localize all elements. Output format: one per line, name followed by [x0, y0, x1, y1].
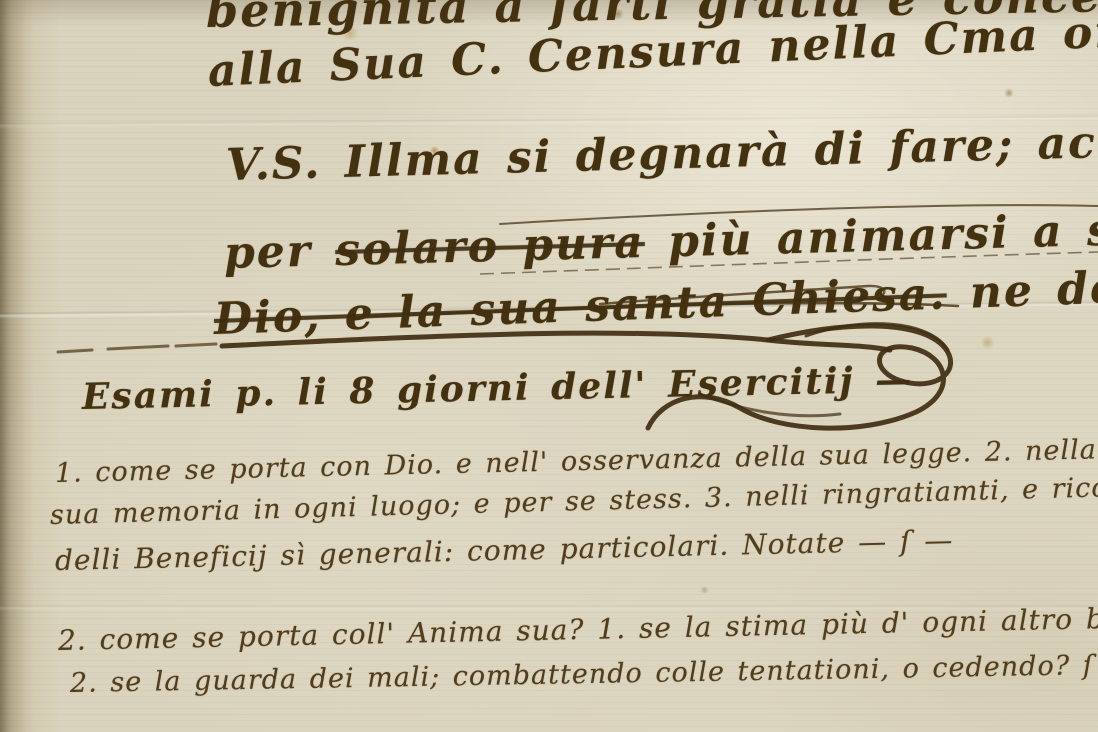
handwritten-line-9: delli Beneficij sì generali: come partic…	[55, 524, 954, 577]
strike-dashes-left	[58, 344, 216, 352]
line-4-segment: più animarsi a servir	[644, 201, 1098, 268]
line-5-struck-words: Dio, e la sua santa Chiesa.	[213, 268, 947, 345]
line-5-segment: ne deus	[946, 260, 1098, 319]
ink-stain	[700, 586, 709, 594]
paper-left-edge	[0, 0, 34, 732]
heading-esami-line: Esami p. li 8 giorni dell' Esercitij —	[82, 359, 914, 418]
line-4-segment: per	[223, 225, 336, 279]
manuscript-page: benignità a farti gratia e concedermi al…	[0, 0, 1098, 732]
line-4-struck-words: solaro pura	[335, 217, 646, 276]
flourish-upper-loop	[806, 324, 948, 350]
ink-stain	[1004, 88, 1014, 98]
handwritten-line-11: 2. se la guarda dei mali; combattendo co…	[70, 650, 1094, 699]
ink-stain	[980, 336, 995, 349]
